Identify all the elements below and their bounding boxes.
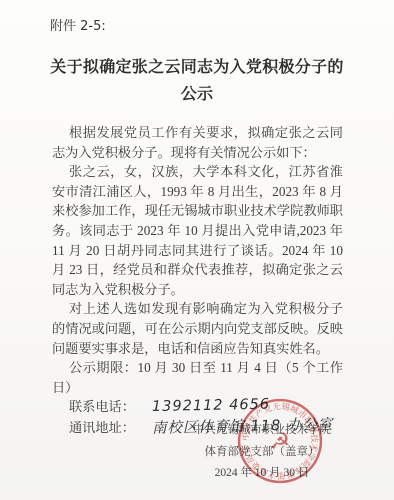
contact-phone-handwritten-value: 1392112 4656 [135, 396, 270, 418]
signature-org-line-1: 中共无锡城市职业技术学院 [172, 420, 352, 442]
contact-phone-line: 联系电话：1392112 4656 [52, 397, 343, 418]
signature-date: 2024 年 10 月 30 日 [172, 463, 352, 485]
attachment-label: 附件 2-5: [50, 15, 106, 34]
page-title: 关于拟确定张之云同志为入党积极分子的 公示 [0, 53, 394, 107]
signature-block: 中共无锡城市职业技术学院 体育部党支部（盖章） 2024 年 10 月 30 日 [172, 420, 352, 485]
paragraph-biography: 张之云，女，汉族，大学本科文化，江苏省淮安市清江浦区人，1993 年 8 月出生… [52, 162, 343, 299]
page-title-line-1: 关于拟确定张之云同志为入党积极分子的 [50, 57, 343, 76]
document-body: 根据发展党员工作有关要求，拟确定张之云同志为入党积极分子。现将有关情况公示如下：… [52, 123, 343, 439]
paragraph-intro: 根据发展党员工作有关要求，拟确定张之云同志为入党积极分子。现将有关情况公示如下： [52, 123, 343, 162]
publicity-period-label: 公示期限： [69, 360, 138, 375]
publicity-period-line: 公示期限：10 月 30 日至 11 月 4 日（5 个工作日） [52, 358, 343, 397]
document-page: 附件 2-5: 关于拟确定张之云同志为入党积极分子的 公示 根据发展党员工作有关… [0, 0, 394, 500]
signature-org-line-2: 体育部党支部（盖章） [172, 442, 352, 464]
contact-address-label: 通讯地址： [69, 420, 135, 435]
paragraph-feedback-notice: 对上述人选如发现有影响确定为入党积极分子的情况或问题，可在公示期内向党支部反映。… [52, 299, 343, 358]
contact-phone-label: 联系电话： [69, 399, 135, 414]
page-title-line-2: 公示 [181, 84, 214, 103]
